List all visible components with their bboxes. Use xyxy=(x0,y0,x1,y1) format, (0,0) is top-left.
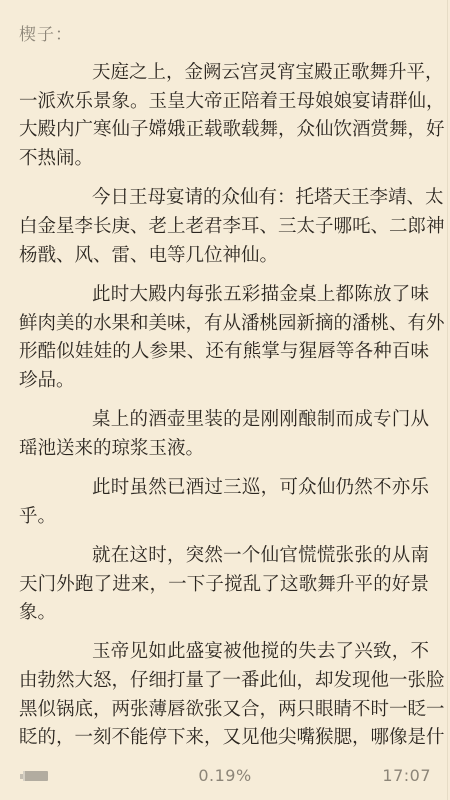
text-line: 玉帝见如此盛宴被他搅的失去了兴致，不 xyxy=(19,638,429,667)
chapter-title: 楔子： xyxy=(19,23,73,47)
text-line: 鲜肉美的水果和美味，有从潘桃园新摘的潘桃、有外 xyxy=(19,310,429,339)
paragraph: 天庭之上，金阙云宫灵宵宝殿正歌舞升平， 一派欢乐景象。玉皇大帝正陪着王母娘娘宴请… xyxy=(19,59,429,174)
text-line: 由勃然大怒，仔细打量了一番此仙，却发现他一张脸 xyxy=(19,667,429,696)
text-line: 此时大殿内每张五彩描金桌上都陈放了味 xyxy=(19,281,429,310)
text-line: 乎。 xyxy=(19,503,429,532)
text-line: 形酷似娃娃的人参果、还有熊掌与猩唇等各种百味 xyxy=(19,338,429,367)
paragraph: 桌上的酒壶里装的是刚刚酿制而成专门从 瑶池送来的琼浆玉液。 xyxy=(19,406,429,463)
text-line: 瑶池送来的琼浆玉液。 xyxy=(19,435,429,464)
page-edge-divider xyxy=(447,0,448,800)
text-line: 大殿内广寒仙子嫦娥正载歌载舞，众仙饮酒赏舞，好 xyxy=(19,116,429,145)
text-line: 桌上的酒壶里装的是刚刚酿制而成专门从 xyxy=(19,406,429,435)
text-line: 白金星李长庚、老上老君李耳、三太子哪吒、二郎神 xyxy=(19,213,429,242)
text-line: 今日王母宴请的众仙有：托塔天王李靖、太 xyxy=(19,184,429,213)
text-line: 黑似锅底，两张薄唇欲张又合，两只眼睛不时一眨一 xyxy=(19,696,429,725)
text-line: 不热闹。 xyxy=(19,145,429,174)
paragraph: 今日王母宴请的众仙有：托塔天王李靖、太 白金星李长庚、老上老君李耳、三太子哪吒、… xyxy=(19,184,429,270)
text-line: 一派欢乐景象。玉皇大帝正陪着王母娘娘宴请群仙， xyxy=(19,88,429,117)
reading-content[interactable]: 天庭之上，金阙云宫灵宵宝殿正歌舞升平， 一派欢乐景象。玉皇大帝正陪着王母娘娘宴请… xyxy=(19,59,429,764)
text-line: 杨戬、风、雷、电等几位神仙。 xyxy=(19,242,429,271)
text-line: 眨的，一刻不能停下来，又见他尖嘴猴腮，哪像是什 xyxy=(19,724,429,753)
paragraph: 此时虽然已酒过三巡，可众仙仍然不亦乐 乎。 xyxy=(19,474,429,531)
paragraph: 就在这时，突然一个仙官慌慌张张的从南 天门外跑了进来，一下子搅乱了这歌舞升平的好… xyxy=(19,542,429,628)
text-line: 就在这时，突然一个仙官慌慌张张的从南 xyxy=(19,542,429,571)
paragraph: 此时大殿内每张五彩描金桌上都陈放了味 鲜肉美的水果和美味，有从潘桃园新摘的潘桃、… xyxy=(19,281,429,396)
text-line: 珍品。 xyxy=(19,367,429,396)
reader-status-bar: 0.19% 17:07 xyxy=(0,762,450,790)
clock-time: 17:07 xyxy=(382,766,431,785)
text-line: 天门外跑了进来，一下子搅乱了这歌舞升平的好景 xyxy=(19,571,429,600)
text-line: 此时虽然已酒过三巡，可众仙仍然不亦乐 xyxy=(19,474,429,503)
paragraph: 玉帝见如此盛宴被他搅的失去了兴致，不 由勃然大怒，仔细打量了一番此仙，却发现他一… xyxy=(19,638,429,753)
text-line: 天庭之上，金阙云宫灵宵宝殿正歌舞升平， xyxy=(19,59,429,88)
text-line: 象。 xyxy=(19,599,429,628)
